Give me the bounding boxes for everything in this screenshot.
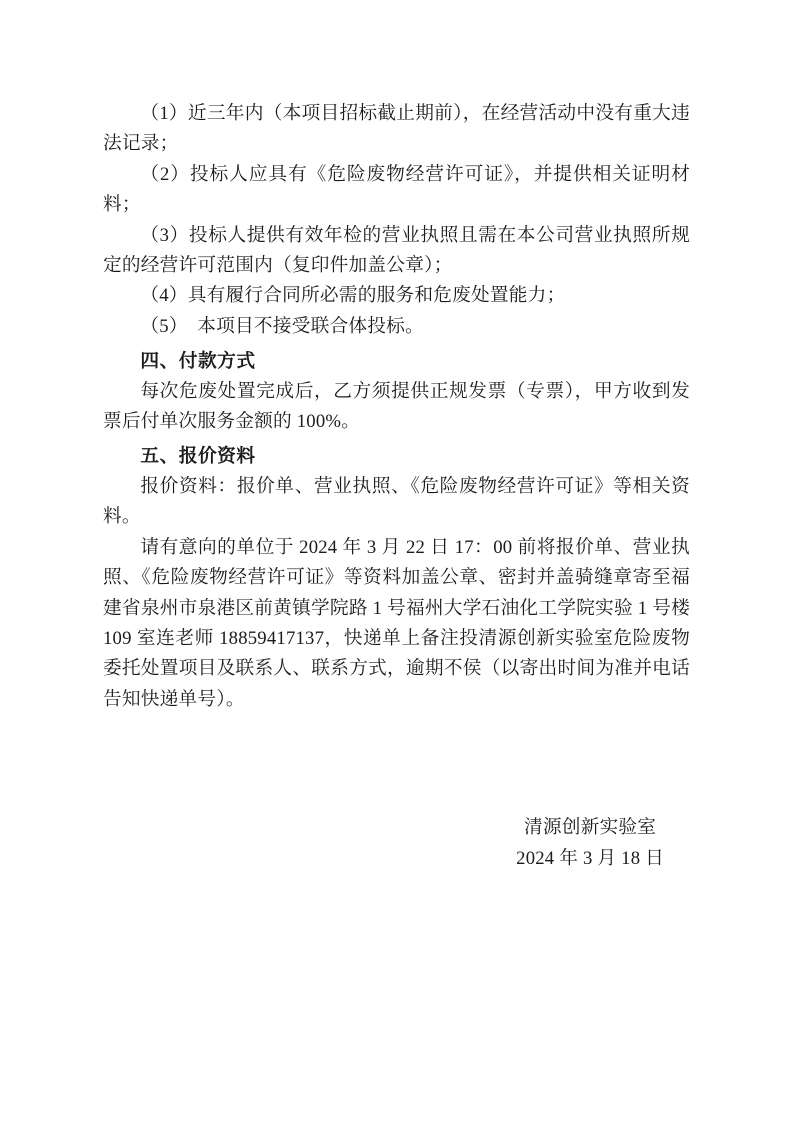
signature-spacer [103, 715, 690, 813]
condition-item-3: （3）投标人提供有效年检的营业执照且需在本公司营业执照所规定的经营许可范围内（复… [103, 221, 690, 282]
condition-item-2: （2）投标人应具有《危险废物经营许可证》，并提供相关证明材料； [103, 160, 690, 221]
condition-item-4: （4）具有履行合同所必需的服务和危废处置能力； [103, 281, 690, 311]
condition-item-5: （5） 本项目不接受联合体投标。 [103, 312, 690, 342]
document-content: （1）近三年内（本项目招标截止期前），在经营活动中没有重大违法记录； （2）投标… [0, 0, 793, 874]
signature-date: 2024 年 3 月 18 日 [516, 844, 664, 874]
section-heading-quotation: 五、报价资料 [103, 441, 690, 471]
section-heading-payment: 四、付款方式 [103, 346, 690, 376]
signature-block: 清源创新实验室 2024 年 3 月 18 日 [516, 813, 664, 874]
condition-item-1: （1）近三年内（本项目招标截止期前），在经营活动中没有重大违法记录； [103, 99, 690, 160]
document-page: （1）近三年内（本项目招标截止期前），在经营活动中没有重大违法记录； （2）投标… [0, 0, 793, 1122]
payment-terms-paragraph: 每次危废处置完成后，乙方须提供正规发票（专票），甲方收到发票后付单次服务金额的 … [103, 377, 690, 438]
quotation-instructions-paragraph: 请有意向的单位于 2024 年 3 月 22 日 17：00 前将报价单、营业执… [103, 533, 690, 715]
quotation-materials-paragraph: 报价资料：报价单、营业执照、《危险废物经营许可证》等相关资料。 [103, 472, 690, 533]
signature-organization: 清源创新实验室 [516, 813, 664, 843]
